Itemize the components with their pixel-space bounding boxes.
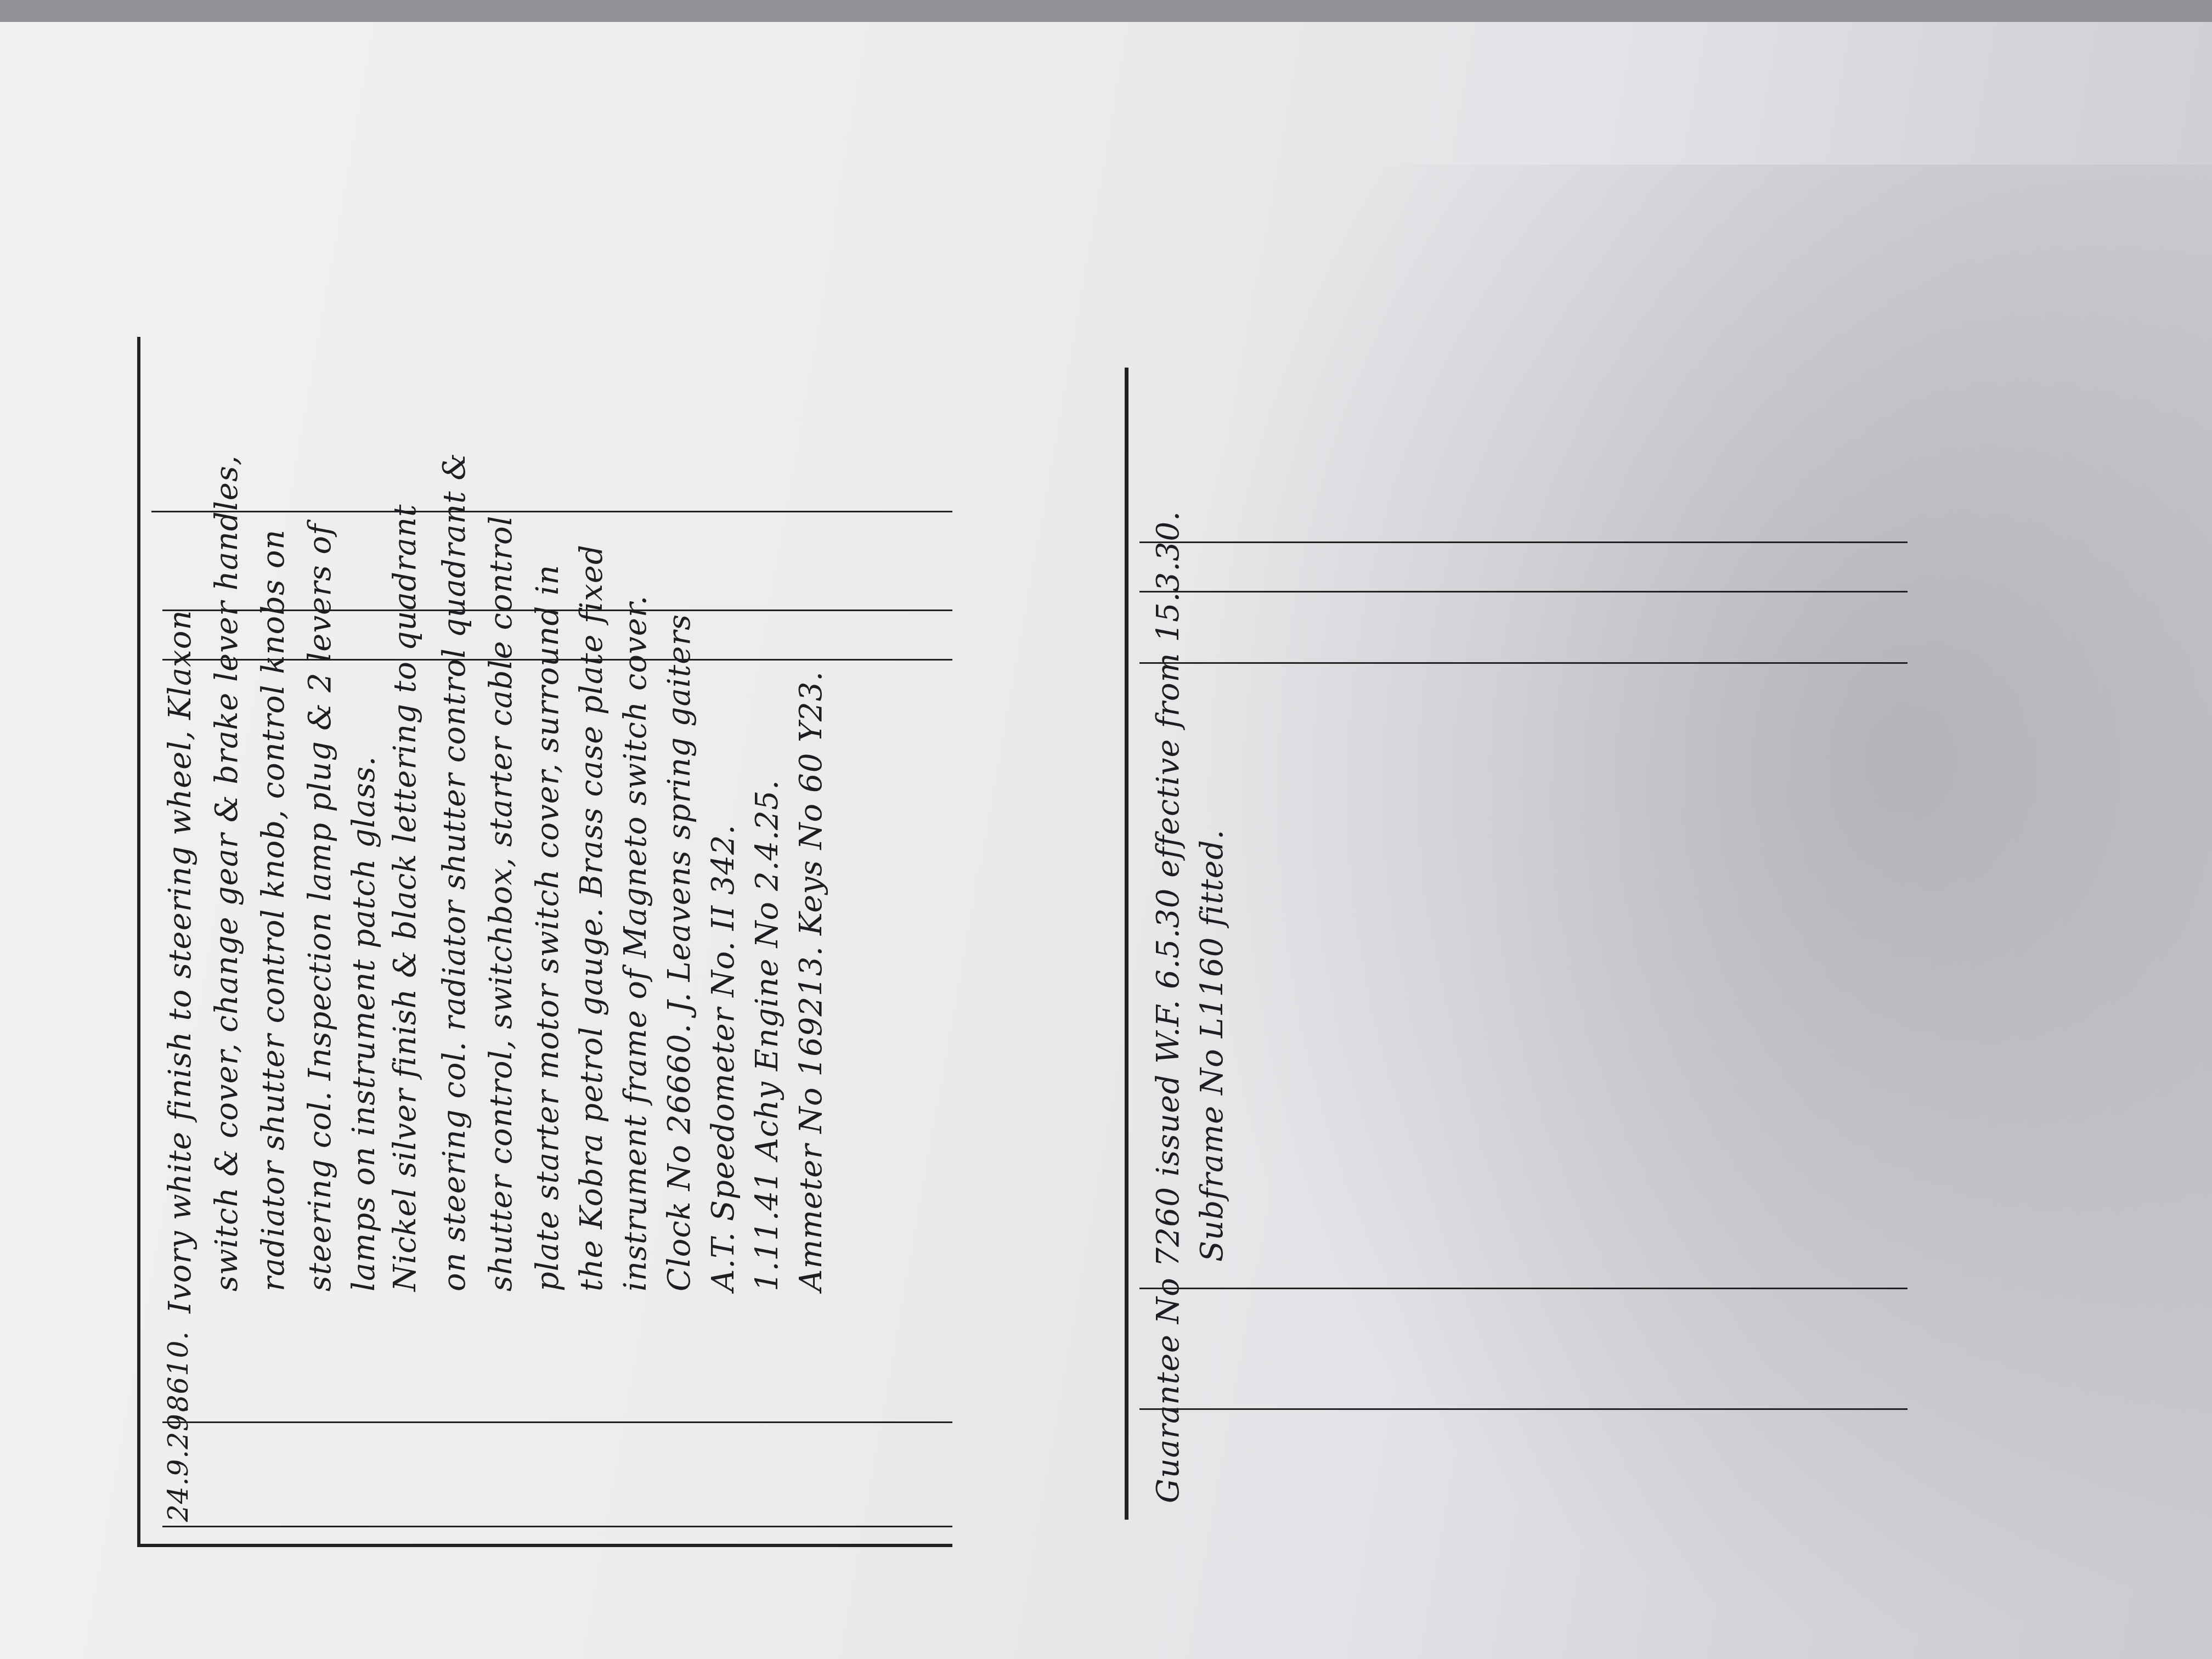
entry-line: lamps on instrument patch glass. bbox=[346, 756, 382, 1291]
entry-line: switch & cover, change gear & brake leve… bbox=[209, 455, 245, 1291]
entry-line: on steering col. radiator shutter contro… bbox=[437, 453, 472, 1291]
entry-line: A.T. Speedometer No. II 342. bbox=[706, 824, 741, 1291]
entry-line: Nickel silver finish & black lettering t… bbox=[387, 504, 423, 1291]
record-card-upper: 24.9.29. 8610. Ivory white finish to ste… bbox=[137, 337, 952, 1547]
entry-line: radiator shutter control knob, control k… bbox=[256, 529, 291, 1291]
entry-line: Clock No 26660. J. Leavens spring gaiter… bbox=[662, 614, 697, 1291]
column-rule bbox=[162, 1421, 952, 1423]
entry-line: steering col. Inspection lamp plug & 2 l… bbox=[302, 523, 338, 1291]
entry-line: the Kobra petrol gauge. Brass case plate… bbox=[574, 544, 610, 1291]
column-rule bbox=[1139, 1288, 1908, 1289]
column-rule bbox=[1139, 541, 1908, 543]
entry-line: Ivory white finish to steering wheel, Kl… bbox=[162, 610, 198, 1313]
column-rule bbox=[1139, 1408, 1908, 1410]
column-rule bbox=[162, 1526, 952, 1527]
entry-line: 1.11.41 Achy Engine No 2.4.25. bbox=[749, 780, 785, 1291]
column-rule bbox=[151, 511, 952, 512]
entry-line: shutter control, switchbox, starter cabl… bbox=[483, 515, 519, 1291]
record-card-lower: Guarantee No 7260 issued W.F. 6.5.30 eff… bbox=[1125, 368, 1908, 1520]
guarantee-line: Guarantee No 7260 issued W.F. 6.5.30 eff… bbox=[1150, 511, 1186, 1503]
entry-line: Ammeter No 169213. Keys No 60 Y23. bbox=[793, 671, 829, 1291]
column-rule bbox=[1139, 591, 1908, 592]
entry-ref-number: 8610. bbox=[162, 1331, 194, 1412]
subframe-line: Subframe No L1160 fitted. bbox=[1194, 829, 1230, 1262]
entry-line: instrument frame of Magneto switch cover… bbox=[618, 595, 653, 1291]
entry-date: 24.9.29. bbox=[162, 1404, 194, 1522]
column-rule bbox=[1139, 662, 1908, 664]
entry-line: plate starter motor switch cover, surrou… bbox=[530, 565, 566, 1291]
